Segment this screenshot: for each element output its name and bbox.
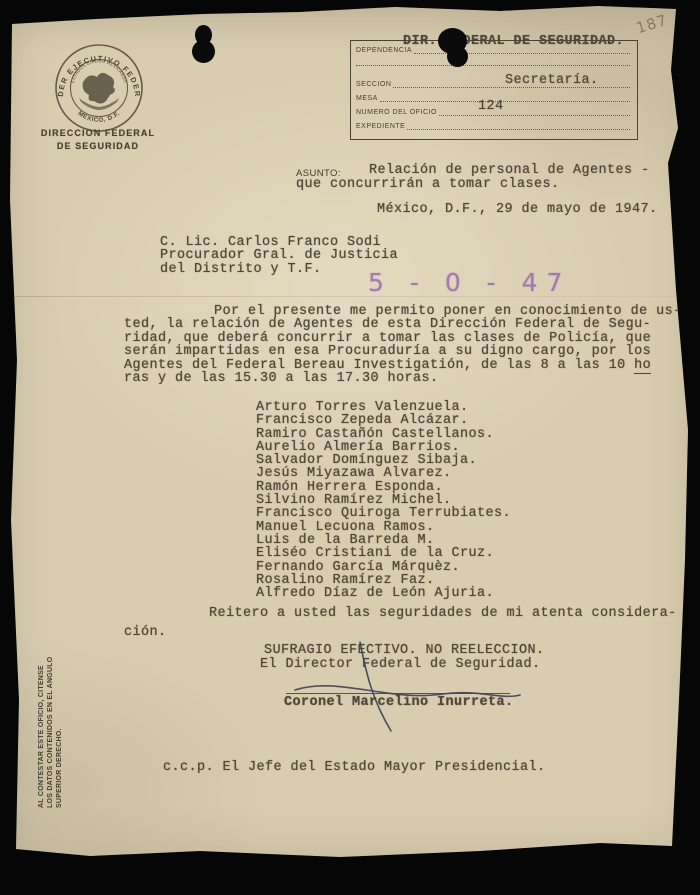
eagle-emblem-icon: [79, 73, 119, 110]
closing-line1: Reitero a usted las seguridades de mi at…: [124, 607, 677, 620]
recipient-title2: del Distrito y T.F.: [160, 263, 398, 276]
margin-note-line2: LOS DATOS CONTENIDOS EN EL ANGULO: [47, 646, 56, 808]
seal-ring-bottom-text: MEXICO, D.F.: [76, 110, 121, 124]
margin-note-line1: AL CONTESTAR ESTE OFICIO, CITENSE: [38, 646, 47, 808]
list-item: Manuel Lecuona Ramos.: [256, 521, 511, 534]
list-item: Jesús Miyazawa Alvarez.: [256, 467, 511, 480]
org-name-line1: DIRECCION FEDERAL: [33, 127, 163, 140]
body-line-underlined: ho: [634, 358, 651, 374]
expediente-label: EXPEDIENTE: [356, 123, 407, 130]
dependencia-value: DIR. FEDERAL DE SEGURIDAD.: [403, 35, 624, 48]
org-name: DIRECCION FEDERAL DE SEGURIDAD: [33, 127, 163, 153]
dotted-line: [407, 128, 630, 130]
fold-crease: [10, 296, 686, 297]
registry-stamp: 5 - 0 - 47: [368, 268, 571, 297]
ink-blob: [447, 46, 468, 67]
numero-oficio-value: 124: [478, 100, 504, 113]
recipient-title: Procurador Gral. de Justicia: [160, 249, 398, 262]
margin-note: AL CONTESTAR ESTE OFICIO, CITENSE LOS DA…: [38, 646, 70, 808]
dotted-line: [356, 64, 630, 66]
list-item: Ramiro Castañón Castellanos.: [256, 428, 511, 441]
org-name-line2: DE SEGURIDAD: [33, 140, 163, 153]
seccion-label: SECCION: [356, 81, 393, 88]
pencil-folio-number: 187: [634, 11, 670, 37]
dotted-line: [380, 100, 630, 102]
hole-punch-blob: [192, 40, 215, 63]
list-item: Fernando García Márquèz.: [256, 561, 511, 574]
list-item: Francisco Zepeda Alcázar.: [256, 414, 511, 427]
mesa-label: MESA: [356, 95, 380, 102]
agent-name-list: Arturo Torres Valenzuela. Francisco Zepe…: [256, 401, 511, 600]
asunto-line2: que concurrirán a tomar clases.: [296, 178, 560, 191]
seccion-value: Secretaría.: [505, 74, 599, 87]
dateline: México, D.F., 29 de mayo de 1947.: [377, 203, 658, 216]
signer-name: Coronel Marcelino Inurreta.: [284, 696, 514, 709]
ccp-line: c.c.p. El Jefe del Estado Mayor Presiden…: [163, 761, 546, 774]
body-paragraph: Por el presente me permito poner en cono…: [124, 305, 682, 385]
recipient-block: C. Lic. Carlos Franco Sodi Procurador Gr…: [160, 236, 398, 276]
closing-line2: ción.: [124, 626, 167, 639]
list-item: Francisco Quiroga Terrubiates.: [256, 507, 511, 520]
signature-icon: [270, 630, 540, 740]
document-page: PODER EJECUTIVO FEDERAL MEXICO, D.F. EST…: [0, 0, 700, 895]
margin-note-line3: SUPERIOR DERECHO.: [56, 646, 65, 808]
scanned-photo: PODER EJECUTIVO FEDERAL MEXICO, D.F. EST…: [0, 0, 700, 895]
national-seal-icon: PODER EJECUTIVO FEDERAL MEXICO, D.F. EST…: [48, 37, 150, 139]
signature-line: [286, 693, 510, 694]
reference-form-box: DEPENDENCIA SECCION MESA NUMERO DEL OFIC…: [350, 40, 638, 140]
svg-text:MEXICO, D.F.: MEXICO, D.F.: [76, 110, 121, 124]
numero-oficio-label: NUMERO DEL OFICIO: [356, 109, 439, 116]
list-item: Eliséo Cristiani de la Cruz.: [256, 547, 511, 560]
asunto-line1: Relación de personal de Agentes -: [369, 164, 650, 177]
list-item: Alfredo Díaz de León Ajuria.: [256, 587, 511, 600]
body-line: ras y de las 15.30 a las 17.30 horas.: [124, 371, 439, 386]
dotted-line: [439, 114, 630, 116]
